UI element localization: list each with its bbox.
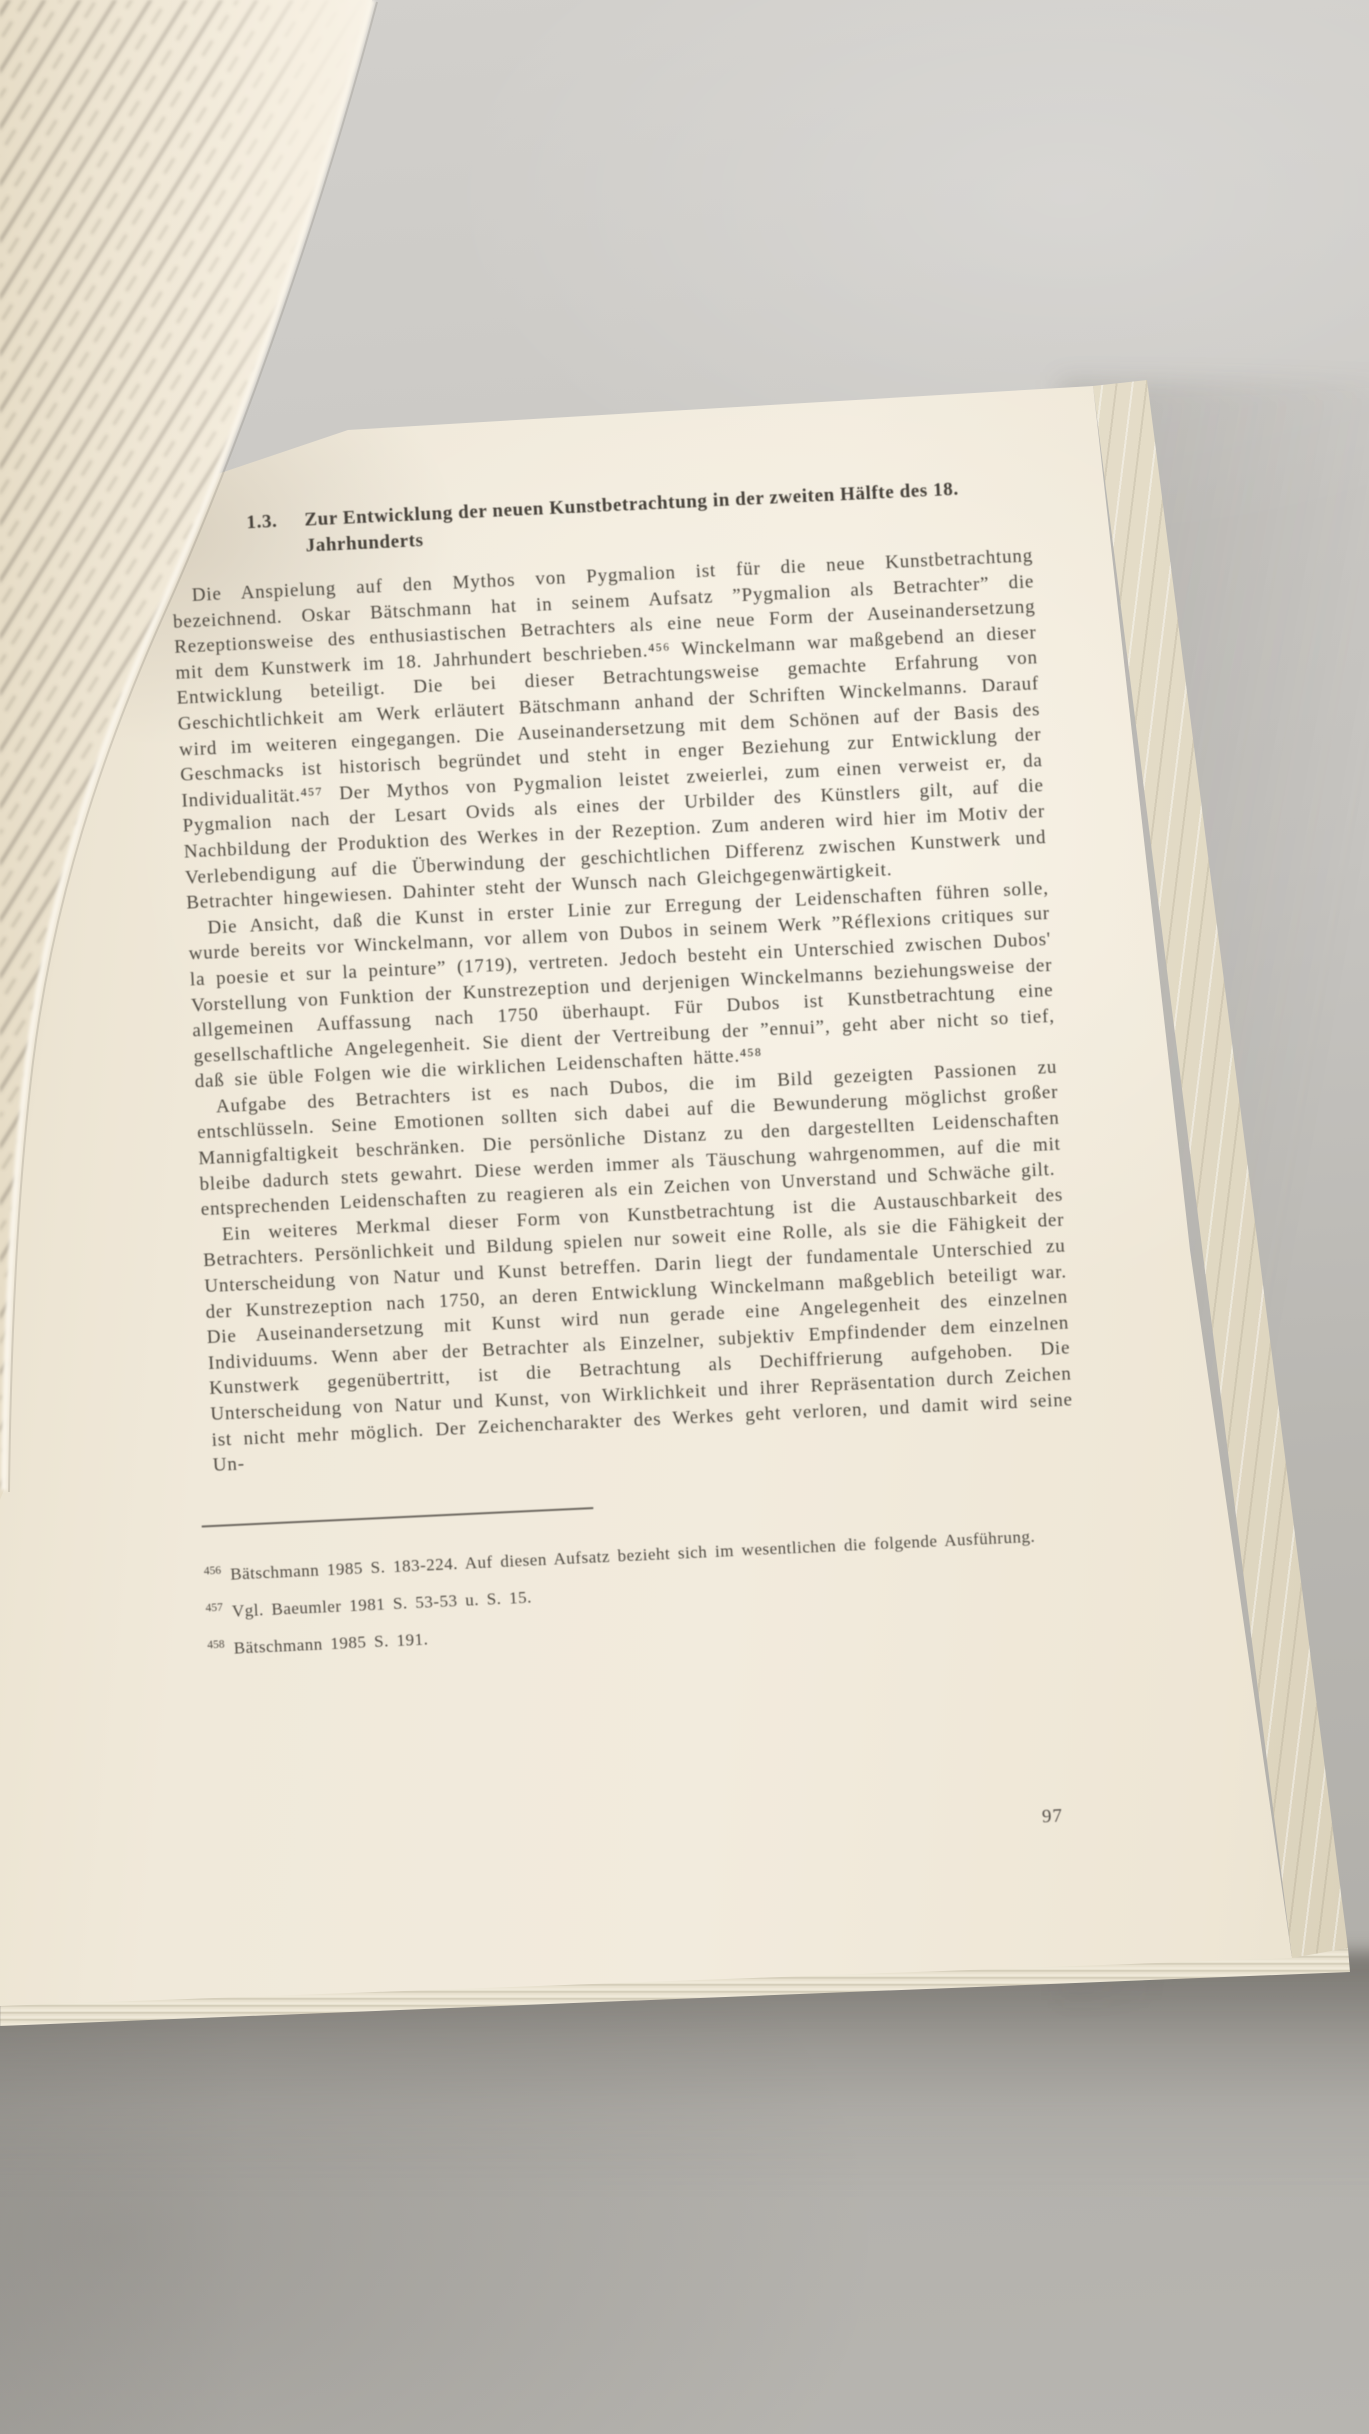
book-left-page-curl	[0, 0, 1369, 2434]
left-page-shape	[0, 0, 377, 1500]
book-photo: 1.3. Zur Entwicklung der neuen Kunstbetr…	[0, 0, 1369, 2434]
